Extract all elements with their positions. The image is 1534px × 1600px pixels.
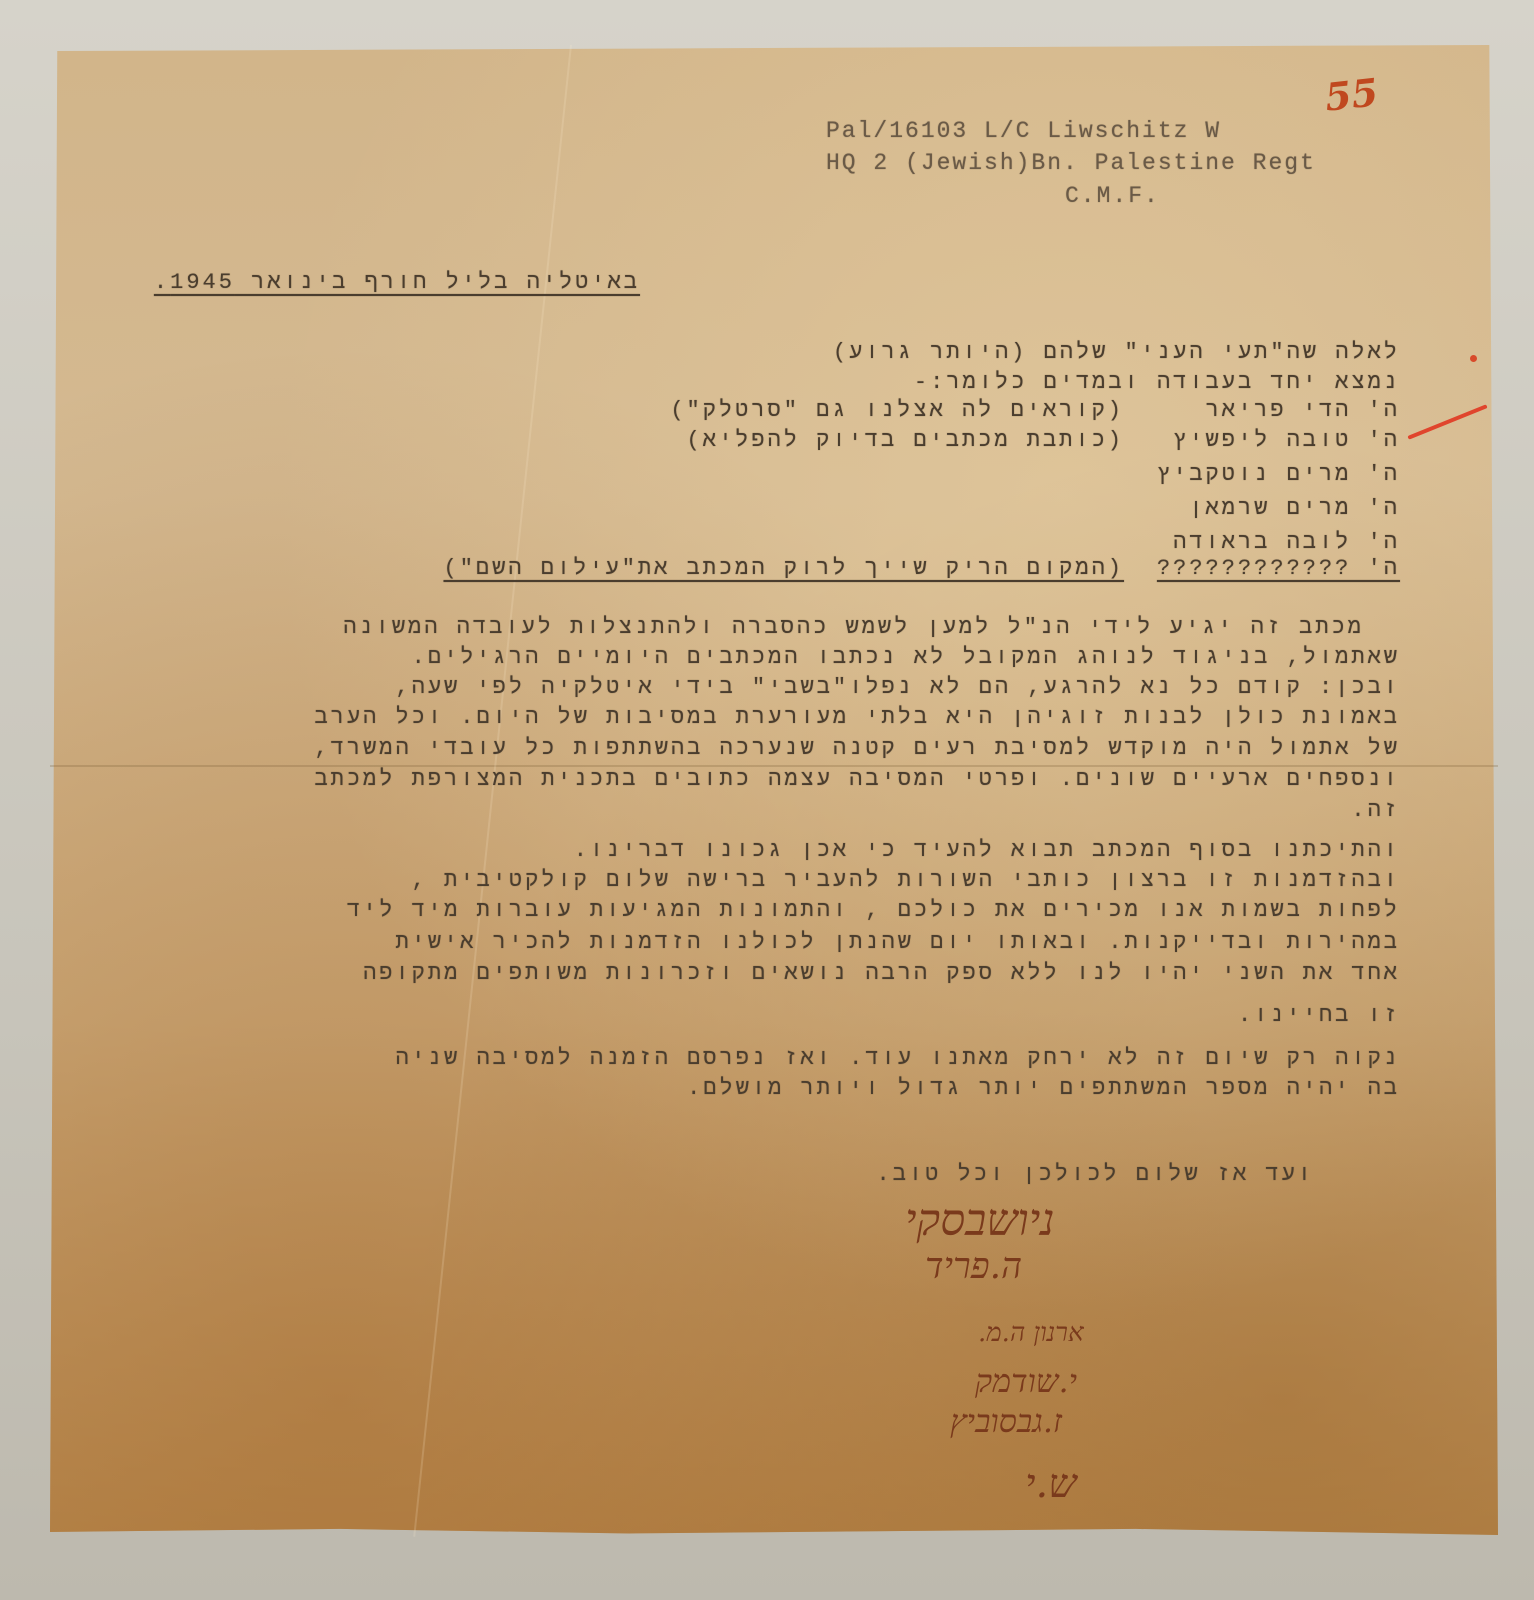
recipient-name: ה' מרים שרמאן: [1140, 496, 1400, 521]
body-line: בה יהיה מספר המשתתפים יותר גדול ויותר מו…: [687, 1076, 1400, 1101]
body-line: אחד את השני יהיו לנו ללא ספק הרבה נושאים…: [363, 961, 1400, 986]
signature-6: ש.י: [1025, 1460, 1077, 1507]
recipient-name: ה' הדי פריאר: [1140, 398, 1400, 423]
body-line: ובכן: קודם כל נא להרגע, הם לא נפלו"בשבי"…: [395, 675, 1400, 700]
body-line: שאתמול, בניגוד לנוהג המקובל לא נכתבו המכ…: [412, 645, 1400, 670]
page-number: 55: [1323, 69, 1380, 119]
body-line: של אתמול היה מוקדש למסיבת רעים קטנה שנער…: [314, 736, 1400, 761]
recipient-name: ה' לובה בראודה: [1140, 530, 1400, 555]
address-line-3: C.M.F.: [1065, 183, 1160, 209]
body-line: לפחות בשמות אנו מכירים את כולכם , והתמונ…: [347, 898, 1400, 923]
signature-1: ניושבסקי: [905, 1195, 1055, 1246]
recipient-note: (כותבת מכתבים בדיוק להפליא): [687, 428, 1124, 453]
signature-3: ארנון ה.מ.: [978, 1318, 1084, 1348]
body-line: מכתב זה יגיע לידי הנ"ל למען לשמש כהסברה …: [343, 615, 1364, 640]
dateline: באיטליה בליל חורף בינואר 1945.: [60, 270, 640, 295]
body-line: והתיכתנו בסוף המכתב תבוא להעיד כי אכן גכ…: [574, 838, 1400, 863]
signature-5: ז.גבסוביץ: [950, 1402, 1062, 1440]
address-line-2: HQ 2 (Jewish)Bn. Palestine Regt: [826, 150, 1316, 176]
recipient-name: ה' טובה ליפשיץ: [1140, 428, 1400, 453]
body-line: ונספחים ארעיים שונים. ופרטי המסיבה עצמה …: [314, 767, 1400, 792]
body-line: ובהזדמנות זו ברצון כותבי השורות להעביר ב…: [412, 868, 1400, 893]
recipient-note: (קוראים לה אצלנו גם "סרטלק"): [670, 398, 1124, 423]
signature-2: ה.פריד: [925, 1245, 1022, 1287]
signature-4: י.שודמק: [975, 1362, 1077, 1400]
red-ink-dot: [1470, 355, 1477, 362]
body-line: זה.: [1351, 798, 1400, 823]
recipients-intro-2: נמצא יחד בעבודה ובמדים כלומר:-: [914, 370, 1400, 395]
body-line: נקוה רק שיום זה לא ירחק מאתנו עוד. ואז נ…: [395, 1046, 1400, 1071]
recipients-intro-1: לאלה שה"תעי העני" שלהם (היותר גרוע): [833, 340, 1400, 365]
closing-line: ועד אז שלום לכולכן וכל טוב.: [877, 1162, 1314, 1187]
recipient-name: ה' ????????????: [1140, 556, 1400, 581]
body-line: זו בחיינו.: [1238, 1003, 1400, 1028]
recipient-note: (המקום הריק שייך לרוק המכתב את"עילום השם…: [444, 556, 1125, 581]
address-line-1: Pal/16103 L/C Liwschitz W: [826, 118, 1221, 144]
body-line: במהירות ובדייקנות. ובאותו יום שהנתן לכול…: [395, 930, 1400, 955]
body-line: באמונת כולן לבנות זוגיהן היא בלתי מעורער…: [314, 705, 1400, 730]
recipient-name: ה' מרים נוטקביץ: [1140, 462, 1400, 487]
